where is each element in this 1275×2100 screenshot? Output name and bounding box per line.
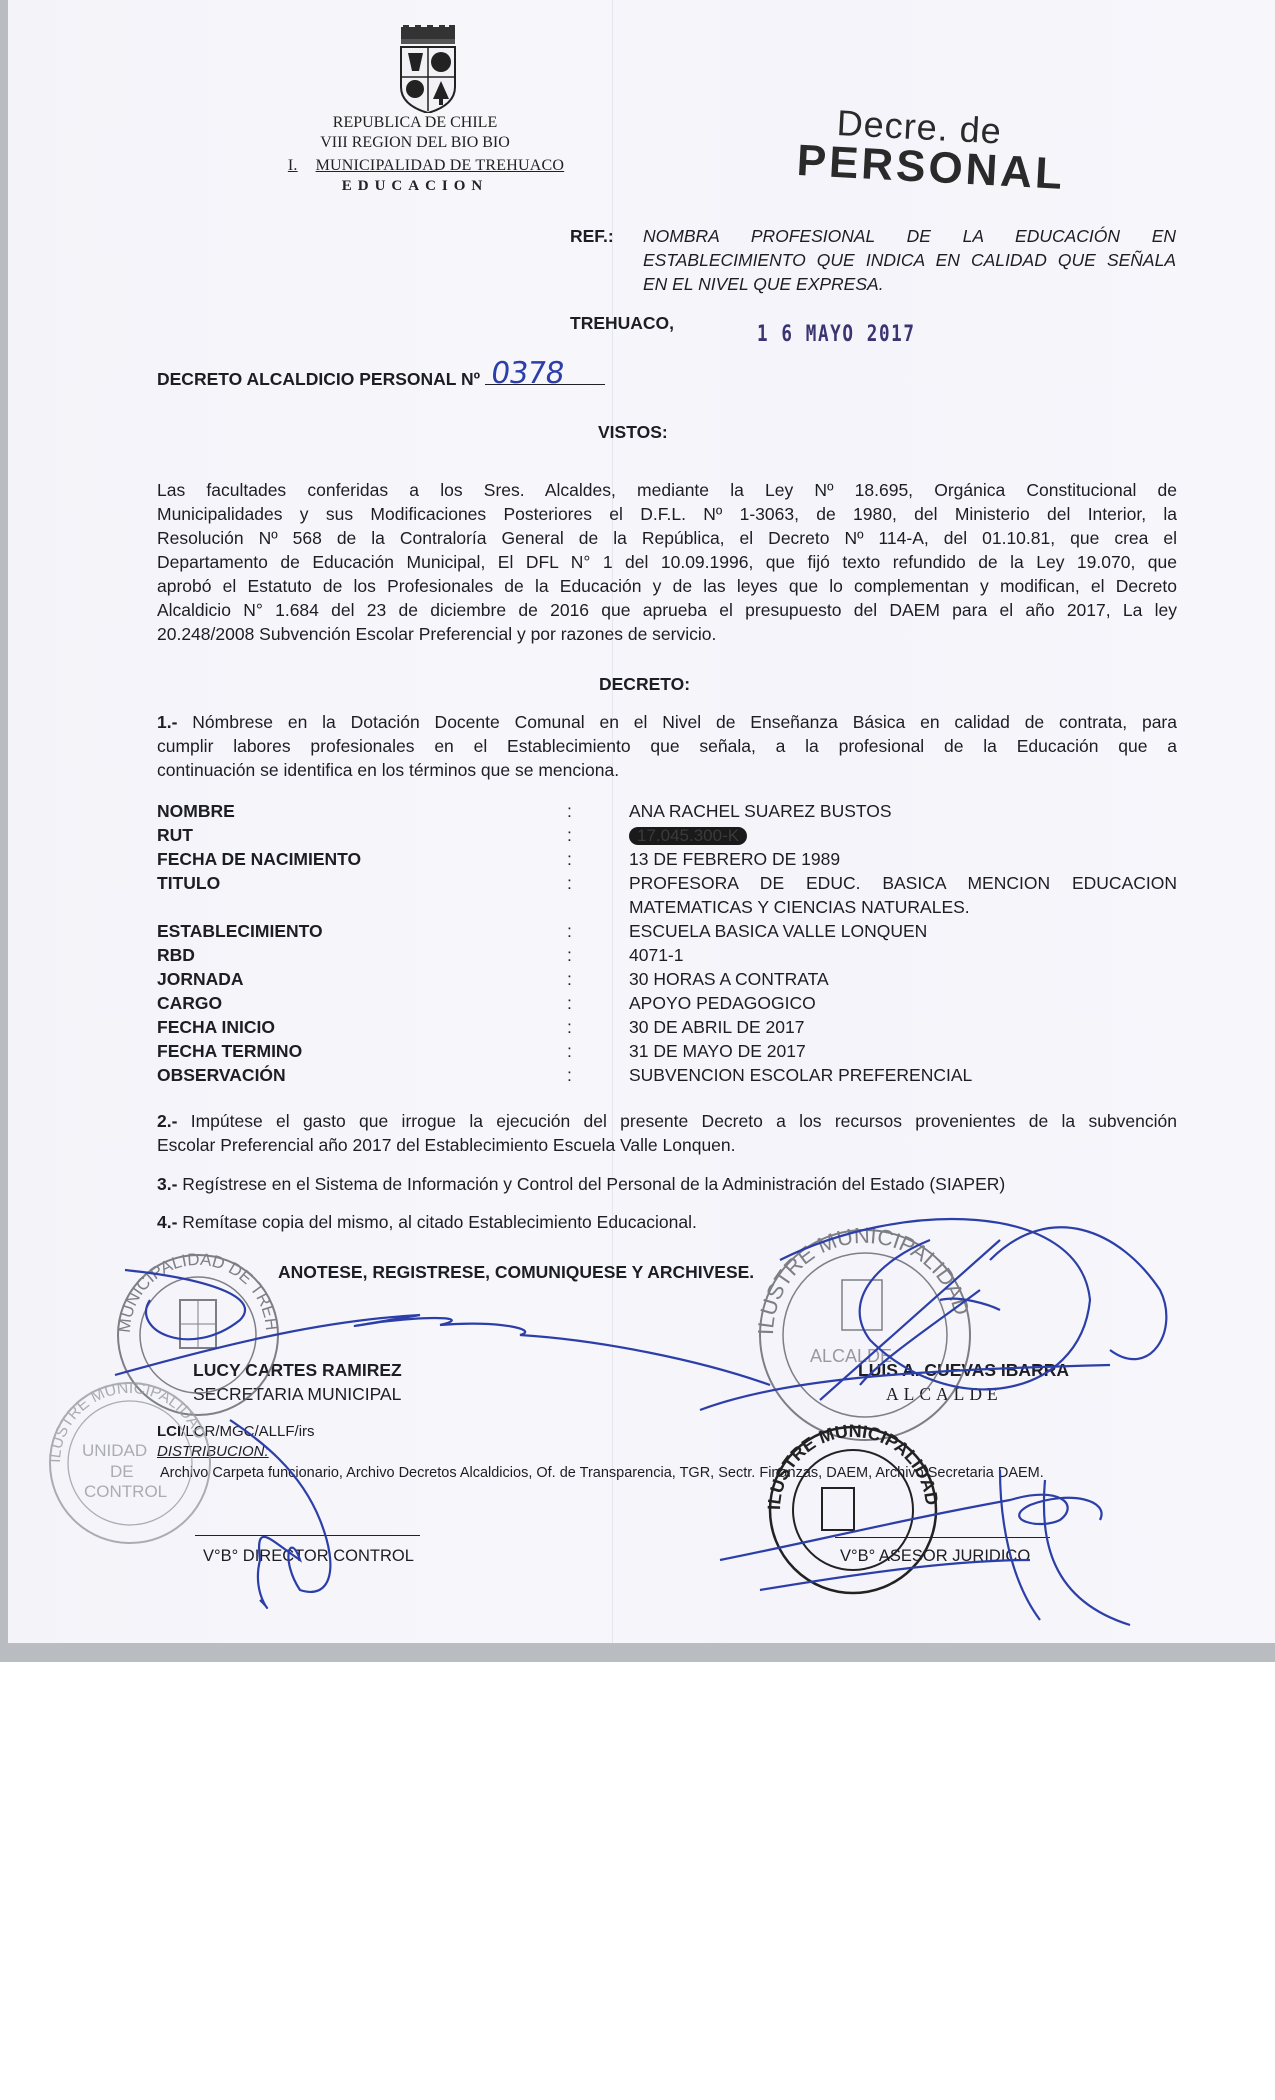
field-sep: : (567, 847, 629, 871)
field-row-establecimiento: ESTABLECIMIENTO:ESCUELA BASICA VALLE LON… (157, 919, 1177, 943)
vistos-line: Resolución Nº 568 de la Contraloría Gene… (157, 526, 1177, 550)
field-row-fecha-termino: FECHA TERMINO:31 DE MAYO DE 2017 (157, 1039, 1177, 1063)
field-key: FECHA DE NACIMIENTO (157, 847, 567, 871)
header-region: VIII REGION DEL BIO BIO (300, 134, 530, 152)
ref-line-1: NOMBRA PROFESIONAL DE LA EDUCACIÓN EN (643, 224, 1176, 248)
closing-formula: ANOTESE, REGISTRESE, COMUNIQUESE Y ARCHI… (278, 1260, 754, 1284)
field-value-line: MATEMATICAS Y CIENCIAS NATURALES. (629, 895, 1177, 919)
mayor-role: ALCALDE (886, 1382, 1003, 1406)
field-sep: : (567, 919, 629, 943)
field-value-line: 4071-1 (629, 943, 1177, 967)
field-value-line: 31 DE MAYO DE 2017 (629, 1039, 1177, 1063)
field-value: PROFESORA DE EDUC. BASICA MENCION EDUCAC… (629, 871, 1177, 919)
field-value: 4071-1 (629, 943, 1177, 967)
initials-bold: LCI (157, 1423, 181, 1440)
decreto-item-3: 3.- Regístrese en el Sistema de Informac… (157, 1172, 1177, 1196)
decreto-item-1: 1.- Nómbrese en la Dotación Docente Comu… (157, 710, 1177, 782)
field-sep: : (567, 1039, 629, 1063)
ref-line-3: EN EL NIVEL QUE EXPRESA. (643, 272, 1176, 296)
field-row-jornada: JORNADA:30 HORAS A CONTRATA (157, 967, 1177, 991)
decree-personal-stamp: Decre. de PERSONAL (795, 100, 1068, 200)
field-key: NOMBRE (157, 799, 567, 823)
field-value-line: PROFESORA DE EDUC. BASICA MENCION EDUCAC… (629, 871, 1177, 895)
header-department: EDUCACION (300, 178, 530, 195)
appointment-fields: NOMBRE:ANA RACHEL SUAREZ BUSTOS RUT:17.0… (157, 799, 1177, 1087)
decreto-heading: DECRETO: (599, 672, 690, 696)
vistos-paragraph: Las facultades conferidas a los Sres. Al… (157, 478, 1177, 646)
vistos-line: 20.248/2008 Subvención Escolar Preferenc… (157, 622, 1177, 646)
secretary-name: LUCY CARTES RAMIREZ (193, 1358, 402, 1382)
field-key: FECHA INICIO (157, 1015, 567, 1039)
field-key: RBD (157, 943, 567, 967)
field-value: 31 DE MAYO DE 2017 (629, 1039, 1177, 1063)
field-value: 30 HORAS A CONTRATA (629, 967, 1177, 991)
header-country: REPUBLICA DE CHILE (300, 114, 530, 132)
field-key: FECHA TERMINO (157, 1039, 567, 1063)
header-municipality: I.MUNICIPALIDAD DE TREHUACO (276, 157, 576, 175)
control-signature-line (195, 1535, 420, 1536)
field-row-fecha-nacimiento: FECHA DE NACIMIENTO:13 DE FEBRERO DE 198… (157, 847, 1177, 871)
field-key: RUT (157, 823, 567, 847)
vistos-line: Las facultades conferidas a los Sres. Al… (157, 478, 1177, 502)
decreto-item-4: 4.- Remítase copia del mismo, al citado … (157, 1210, 1177, 1234)
field-key: JORNADA (157, 967, 567, 991)
field-sep: : (567, 967, 629, 991)
ref-line-2: ESTABLECIMIENTO QUE INDICA EN CALIDAD QU… (643, 248, 1176, 272)
vistos-line: Departamento de Educación Municipal, El … (157, 550, 1177, 574)
field-sep: : (567, 1015, 629, 1039)
item-number: 3.- (157, 1174, 177, 1194)
item-number: 2.- (157, 1111, 177, 1131)
vistos-line: Municipalidades y sus Modificaciones Pos… (157, 502, 1177, 526)
initials-rest: /LCR/MGC/ALLF/irs (181, 1423, 314, 1440)
control-approval: V°B° DIRECTOR CONTROL (203, 1544, 414, 1568)
municipal-crest-icon (395, 25, 461, 113)
field-value-line: ESCUELA BASICA VALLE LONQUEN (629, 919, 1177, 943)
field-row-fecha-inicio: FECHA INICIO:30 DE ABRIL DE 2017 (157, 1015, 1177, 1039)
field-sep: : (567, 991, 629, 1015)
field-key: ESTABLECIMIENTO (157, 919, 567, 943)
field-key: OBSERVACIÓN (157, 1063, 567, 1087)
item-line: continuación se identifica en los términ… (157, 758, 1177, 782)
legal-approval: V°B° ASESOR JURIDICO (840, 1544, 1030, 1568)
legal-signature-line (835, 1537, 1050, 1538)
field-sep: : (567, 823, 629, 847)
decreto-item-2: 2.- Impútese el gasto que irrogue la eje… (157, 1109, 1177, 1157)
field-row-observacion: OBSERVACIÓN:SUBVENCION ESCOLAR PREFERENC… (157, 1063, 1177, 1087)
ref-text: NOMBRA PROFESIONAL DE LA EDUCACIÓN EN ES… (643, 224, 1176, 296)
field-value: 30 DE ABRIL DE 2017 (629, 1015, 1177, 1039)
field-row-nombre: NOMBRE:ANA RACHEL SUAREZ BUSTOS (157, 799, 1177, 823)
field-sep: : (567, 871, 629, 919)
item-text: Impútese el gasto que irrogue la ejecuci… (177, 1111, 1177, 1131)
place-label: TREHUACO, (570, 311, 674, 335)
ref-label: REF.: (570, 224, 614, 248)
field-value: APOYO PEDAGOGICO (629, 991, 1177, 1015)
item-text: Remítase copia del mismo, al citado Esta… (177, 1212, 696, 1232)
field-key: TITULO (157, 871, 567, 919)
item-line: 2.- Impútese el gasto que irrogue la eje… (157, 1109, 1177, 1133)
municipality-name: MUNICIPALIDAD DE TREHUACO (316, 157, 565, 174)
field-value-line: ANA RACHEL SUAREZ BUSTOS (629, 799, 1177, 823)
field-row-cargo: CARGO:APOYO PEDAGOGICO (157, 991, 1177, 1015)
distribution-list: Archivo Carpeta funcionario, Archivo Dec… (160, 1461, 1044, 1485)
field-value-line: SUBVENCION ESCOLAR PREFERENCIAL (629, 1063, 1177, 1087)
field-value: 17.045.300-K (629, 823, 1177, 847)
decree-number: DECRETO ALCALDICIO PERSONAL Nº 0378 (157, 365, 605, 391)
date-stamp: 1 6 MAYO 2017 (757, 322, 916, 347)
field-value: ANA RACHEL SUAREZ BUSTOS (629, 799, 1177, 823)
item-line: 1.- Nómbrese en la Dotación Docente Comu… (157, 710, 1177, 734)
mayor-name: LUIS A. CUEVAS IBARRA (858, 1358, 1069, 1382)
field-value-line: 30 DE ABRIL DE 2017 (629, 1015, 1177, 1039)
vistos-line: Alcaldicio N° 1.684 del 23 de diciembre … (157, 598, 1177, 622)
field-value-line: APOYO PEDAGOGICO (629, 991, 1177, 1015)
field-value-line: 13 DE FEBRERO DE 1989 (629, 847, 1177, 871)
item-line: Escolar Preferencial año 2017 del Establ… (157, 1133, 1177, 1157)
item-text: Regístrese en el Sistema de Información … (177, 1174, 1005, 1194)
field-value: ESCUELA BASICA VALLE LONQUEN (629, 919, 1177, 943)
municipality-prefix: I. (288, 157, 298, 174)
field-value: 13 DE FEBRERO DE 1989 (629, 847, 1177, 871)
decree-number-handwritten: 0378 (489, 362, 565, 386)
item-line: cumplir labores profesionales en el Esta… (157, 734, 1177, 758)
field-sep: : (567, 1063, 629, 1087)
field-sep: : (567, 943, 629, 967)
vistos-line: aprobó el Estatuto de los Profesionales … (157, 574, 1177, 598)
field-sep: : (567, 799, 629, 823)
rut-redacted: 17.045.300-K (629, 827, 747, 845)
field-value-line: 30 HORAS A CONTRATA (629, 967, 1177, 991)
secretary-role: SECRETARIA MUNICIPAL (193, 1382, 401, 1406)
decree-number-line: 0378 (485, 365, 605, 385)
item-number: 1.- (157, 712, 177, 732)
field-row-titulo: TITULO:PROFESORA DE EDUC. BASICA MENCION… (157, 871, 1177, 919)
decree-number-label: DECRETO ALCALDICIO PERSONAL Nº (157, 369, 480, 389)
field-value: SUBVENCION ESCOLAR PREFERENCIAL (629, 1063, 1177, 1087)
vistos-heading: VISTOS: (598, 420, 668, 444)
item-text: Nómbrese en la Dotación Docente Comunal … (177, 712, 1177, 732)
field-row-rut: RUT:17.045.300-K (157, 823, 1177, 847)
field-row-rbd: RBD:4071-1 (157, 943, 1177, 967)
item-number: 4.- (157, 1212, 177, 1232)
field-key: CARGO (157, 991, 567, 1015)
